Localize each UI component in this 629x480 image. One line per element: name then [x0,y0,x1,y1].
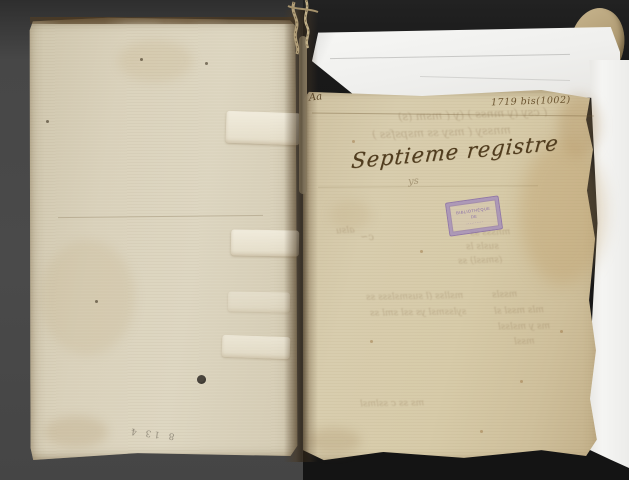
binding-guard-strip [299,36,307,194]
stamp-line: DE [470,213,477,219]
ghost-writing: ms y mslssl [498,322,550,333]
speck [420,250,423,253]
ghost-writing: sylssmsl ys ssl sml ss [370,307,467,319]
ghost-writing: susls ls [466,242,499,253]
repair-tape [225,111,300,146]
title-flourish: ys [408,176,420,188]
speck [352,140,355,143]
ghost-writing: ms ss c sslmsl [360,398,424,409]
ghost-writing: msllss (l susmslsss ss [366,291,463,303]
ink-blot-hole [197,375,206,384]
water-stain [306,428,361,454]
corner-letter-mark: Aa [308,91,322,103]
speck [95,300,98,303]
foxing-stain [118,40,193,82]
ghost-writing: mssl [514,337,535,348]
left-page-soiled-top-edge [30,17,296,24]
speck [480,430,483,433]
speck [140,58,143,61]
ghost-writing: mls mssl sl [494,305,544,317]
foxing-stain [40,240,135,355]
spine-cords-icon [280,0,324,56]
speck [520,380,523,383]
speck [560,330,563,333]
speck [205,62,208,65]
stamp-line: ·········· [466,218,484,225]
speck [370,340,373,343]
scanned-book-photo: 8 13 4 Aa 1719 bis(1002) Septieme regist… [0,0,629,480]
ghost-writing: (smssl) ss [458,255,503,267]
ghost-writing: c~ [360,232,374,243]
speck [46,120,49,123]
ghost-writing: alsu [336,226,355,237]
repair-tape [222,335,291,359]
repair-tape [228,291,290,312]
ghost-writing: mssls [492,290,518,301]
repair-tape [231,229,299,256]
water-stain [520,140,605,285]
modern-white-sheet-top [312,27,620,98]
foxing-stain [44,416,108,448]
